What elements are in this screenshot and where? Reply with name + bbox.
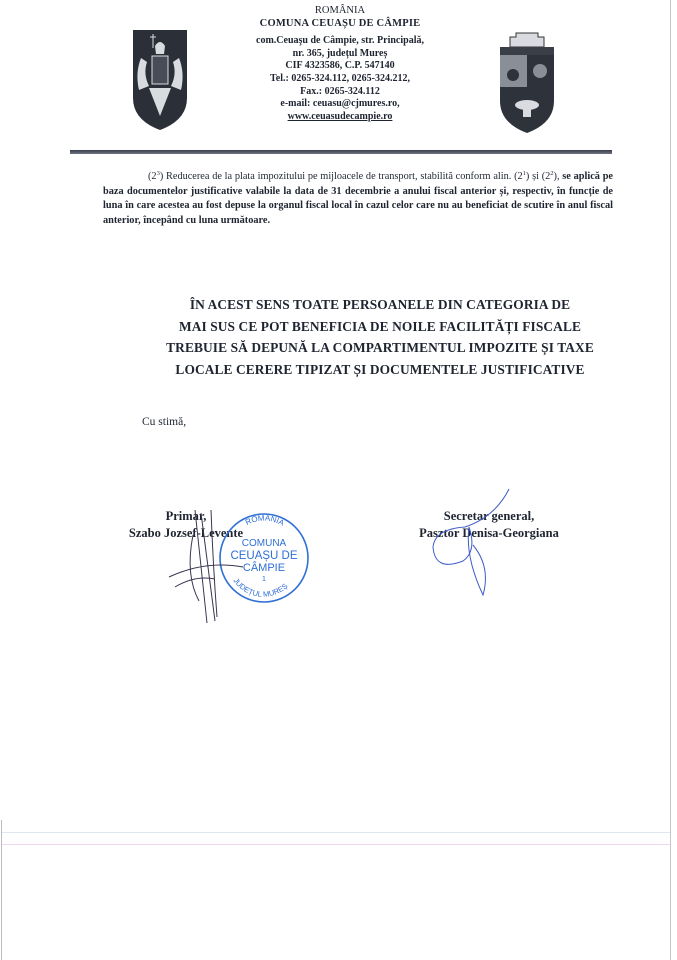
scan-line xyxy=(2,832,670,833)
email-address[interactable]: e-mail: ceuasu@cjmures.ro, xyxy=(240,98,440,111)
fax-number: Fax.: 0265-324.112 xyxy=(240,86,440,99)
romania-coat-of-arms-icon xyxy=(131,28,189,132)
address-line: com.Ceuaşu de Câmpie, str. Principală, xyxy=(240,35,440,48)
page-edge xyxy=(670,0,671,960)
paragraph-text: ) și (2 xyxy=(526,171,550,182)
secretary-title: Secretar general, xyxy=(396,508,582,525)
address-line: nr. 365, județul Mureș xyxy=(240,48,440,61)
stamp-line: CÂMPIE xyxy=(243,561,285,574)
secretary-handwritten-signature xyxy=(425,487,525,597)
notice-line: MAI SUS CE POT BENEFICIA DE NOILE FACILI… xyxy=(140,316,620,338)
phone-numbers: Tel.: 0265-324.112, 0265-324.212, xyxy=(240,73,440,86)
commune-name: COMUNA CEUAȘU DE CÂMPIE xyxy=(240,18,440,31)
paragraph-ref: (2 xyxy=(148,171,157,182)
commune-coat-of-arms-icon xyxy=(496,31,558,135)
notice-block: ÎN ACEST SENS TOATE PERSOANELE DIN CATEG… xyxy=(140,294,620,380)
official-stamp: ROMÂNIA COMUNA CEUAȘU DE CÂMPIE 1 JUDEȚU… xyxy=(216,510,311,605)
paragraph-lead: ) Reducerea de la plata impozitului pe m… xyxy=(160,171,523,182)
paragraph-text: ), xyxy=(554,171,560,182)
page-edge xyxy=(1,820,2,960)
header-separator xyxy=(70,150,612,154)
country-name: ROMÂNIA xyxy=(240,5,440,18)
secretary-signature-block: Secretar general, Pasztor Denisa-Georgia… xyxy=(396,508,582,542)
stamp-number: 1 xyxy=(262,576,266,583)
letterhead: ROMÂNIA COMUNA CEUAȘU DE CÂMPIE com.Ceua… xyxy=(240,5,440,123)
fiscal-code: CIF 4323586, C.P. 547140 xyxy=(240,60,440,73)
notice-line: LOCALE CERERE TIPIZAT ȘI DOCUMENTELE JUS… xyxy=(140,359,620,381)
scan-line xyxy=(2,844,670,845)
closing-salutation: Cu stimă, xyxy=(142,416,186,428)
notice-line: TREBUIE SĂ DEPUNĂ LA COMPARTIMENTUL IMPO… xyxy=(140,337,620,359)
secretary-name: Pasztor Denisa-Georgiana xyxy=(396,525,582,542)
stamp-line: CEUAȘU DE xyxy=(230,550,297,562)
notice-line: ÎN ACEST SENS TOATE PERSOANELE DIN CATEG… xyxy=(140,294,620,316)
stamp-line: COMUNA xyxy=(242,538,287,549)
legal-paragraph: (23) Reducerea de la plata impozitului p… xyxy=(103,170,613,228)
website-link[interactable]: www.ceuasudecampie.ro xyxy=(240,111,440,124)
